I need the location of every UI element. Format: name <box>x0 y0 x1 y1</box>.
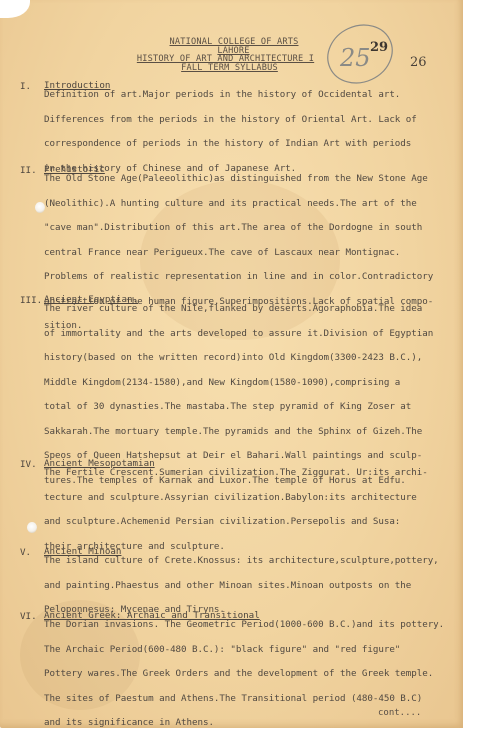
continuation-note: cont.... <box>378 708 421 718</box>
page-number-primary: 29 <box>370 40 388 55</box>
section-numeral: V. <box>20 547 31 558</box>
torn-corner <box>0 0 30 18</box>
body-line: The Archaic Period(600-480 B.C.): "black… <box>44 644 464 669</box>
body-line: The Fertile Crescent.Sumerian civilizati… <box>44 467 464 492</box>
section-numeral: IV. <box>20 459 37 470</box>
section-numeral: III. <box>20 295 42 306</box>
punch-hole <box>27 522 37 533</box>
body-line: and its significance in Athens. <box>44 717 464 740</box>
body-line: The island culture of Crete.Knossus: its… <box>44 555 464 580</box>
body-line: and painting.Phaestus and other Minoan s… <box>44 580 464 605</box>
section-numeral: II. <box>20 165 37 176</box>
body-line: Problems of realistic representation in … <box>44 271 464 296</box>
body-line: central France near Perigueux.The cave o… <box>44 247 464 272</box>
body-line: Definition of art.Major periods in the h… <box>44 89 464 114</box>
section-body: The Dorian invasions. The Geometric Peri… <box>44 619 464 740</box>
paper-page: NATIONAL COLLEGE OF ARTS LAHORE HISTORY … <box>0 0 463 728</box>
page-number-secondary: 26 <box>410 55 427 70</box>
body-line: Differences from the periods in the hist… <box>44 114 464 139</box>
section-numeral: VI. <box>20 611 37 622</box>
body-line: The Old Stone Age(Paleeolithic)as distin… <box>44 173 464 198</box>
body-line: (Neolithic).A hunting culture and its pr… <box>44 198 464 223</box>
body-line: total of 30 dynasties.The mastaba.The st… <box>44 401 464 426</box>
body-line: The Dorian invasions. The Geometric Peri… <box>44 619 464 644</box>
body-line: correspondence of periods in the history… <box>44 138 464 163</box>
body-line: Pottery wares.The Greek Orders and the d… <box>44 668 464 693</box>
body-line: and sculpture.Achemenid Persian civiliza… <box>44 516 464 541</box>
body-line: history(based on the written record)into… <box>44 352 464 377</box>
body-line: "cave man".Distribution of this art.The … <box>44 222 464 247</box>
body-line: of immortality and the arts developed to… <box>44 328 464 353</box>
body-line: Sakkarah.The mortuary temple.The pyramid… <box>44 426 464 451</box>
svg-text:25: 25 <box>339 44 371 72</box>
body-line: tecture and sculpture.Assyrian civilizat… <box>44 492 464 517</box>
body-line: The river culture of the Nile,flanked by… <box>44 303 464 328</box>
body-line: Middle Kingdom(2134-1580),and New Kingdo… <box>44 377 464 402</box>
section-numeral: I. <box>20 81 31 92</box>
